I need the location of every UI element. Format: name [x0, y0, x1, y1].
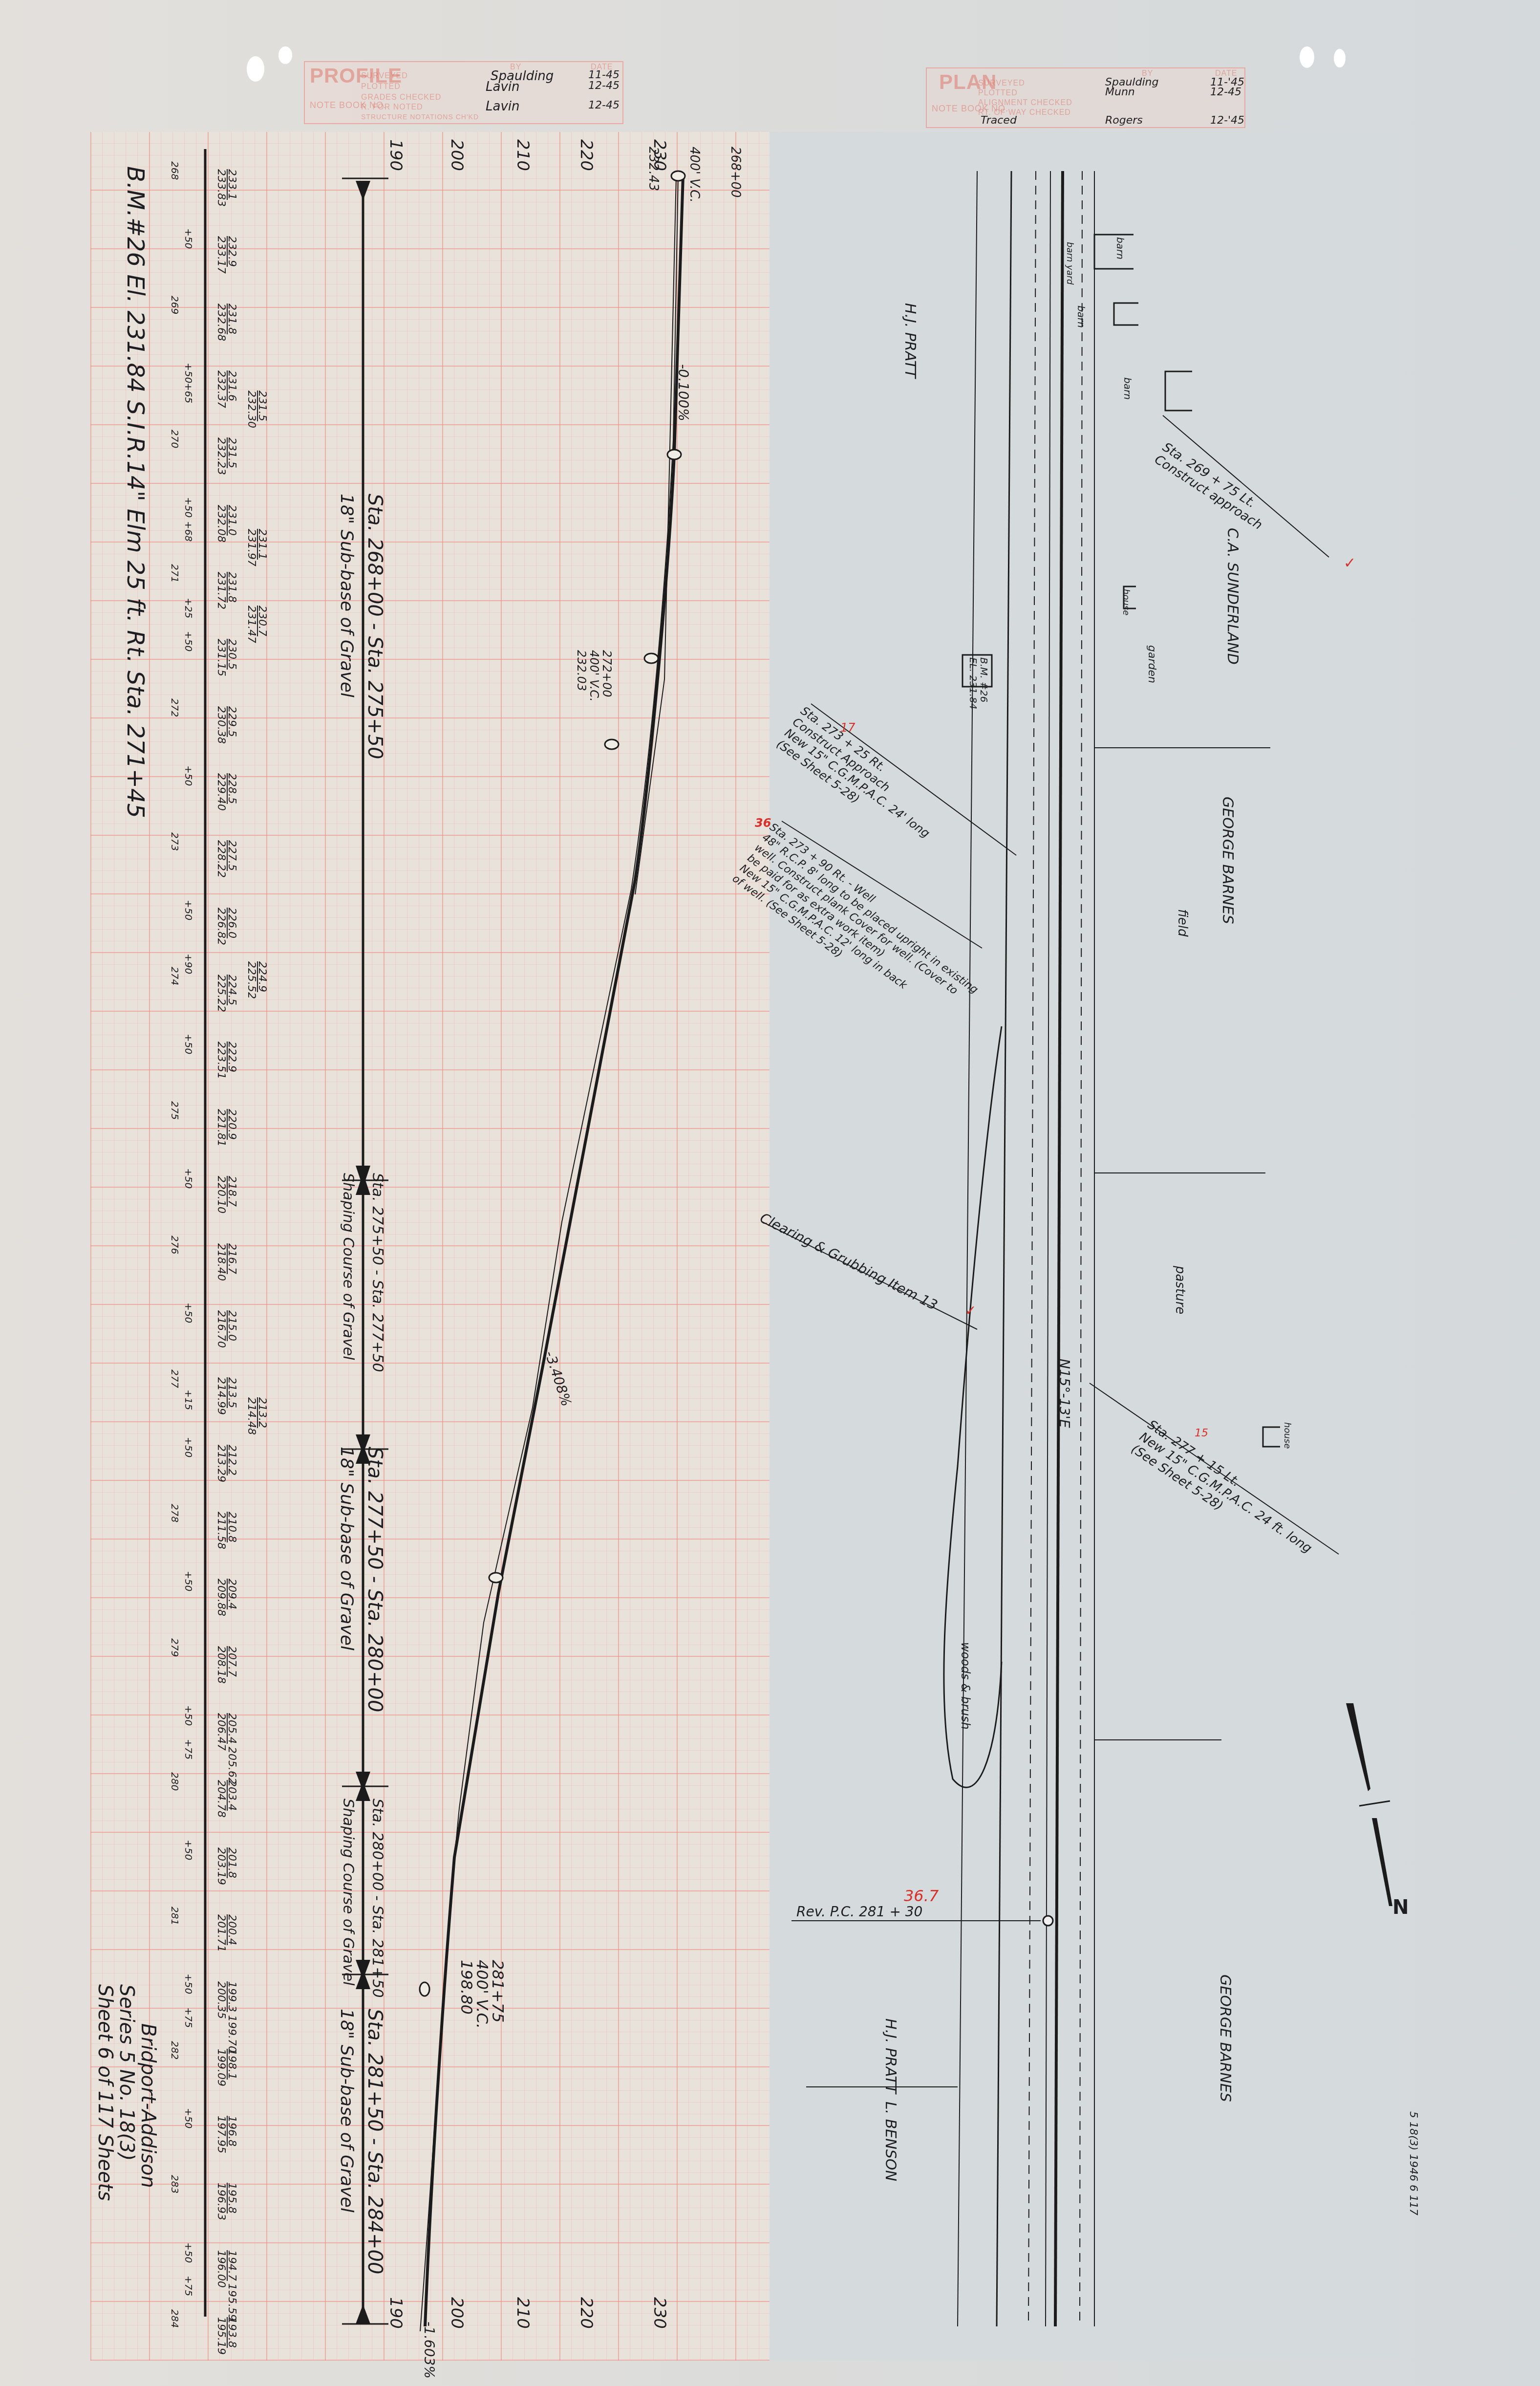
building-label: barn yard	[1065, 242, 1075, 285]
note-rev-pc: Rev. P.C. 281 + 30	[796, 1904, 922, 1920]
check-mark: ✓	[965, 1302, 976, 1319]
owner-label: C.A. SUNDERLAND	[1224, 528, 1241, 665]
land-use-label: garden	[1146, 645, 1158, 683]
north-label: N	[1392, 1896, 1409, 1919]
building-label: house	[1282, 1422, 1292, 1449]
building-label: barn	[1075, 305, 1087, 328]
drawing-sheet: PROFILE NOTE BOOK NO. BY DATE SURVEYED S…	[0, 0, 1540, 2386]
owner-label: H.J. PRATT	[901, 303, 919, 378]
building-label: house	[1121, 589, 1131, 615]
revision-mark: 15	[1195, 1427, 1208, 1439]
owner-label: H.J. PRATT	[882, 2018, 899, 2094]
benchmark-box: B.M. #26 EL. 231.84	[968, 657, 989, 709]
revision-mark: 36.7	[904, 1887, 939, 1905]
owner-label: GEORGE BARNES	[1219, 797, 1236, 924]
bearing-label: N15°-13'E	[1056, 1359, 1072, 1428]
building-label: barn	[1122, 377, 1134, 400]
land-use-label: pasture	[1173, 1266, 1187, 1314]
corner-stamp: 5 18(3) 1946 6 117	[1407, 2111, 1419, 2215]
check-mark: ✓	[1344, 555, 1356, 572]
profile-drawing	[0, 0, 1540, 2386]
land-use-label: woods & brush	[959, 1642, 972, 1730]
revision-mark: 17	[840, 721, 856, 735]
owner-label: L. BENSON	[882, 2102, 899, 2181]
revision-mark: 36	[755, 816, 771, 830]
building-label: barn	[1114, 237, 1126, 260]
owner-label: GEORGE BARNES	[1217, 1974, 1234, 2102]
bm-number: B.M. #26	[979, 657, 989, 709]
bm-elevation: EL. 231.84	[968, 657, 979, 709]
land-use-label: field	[1175, 909, 1190, 937]
